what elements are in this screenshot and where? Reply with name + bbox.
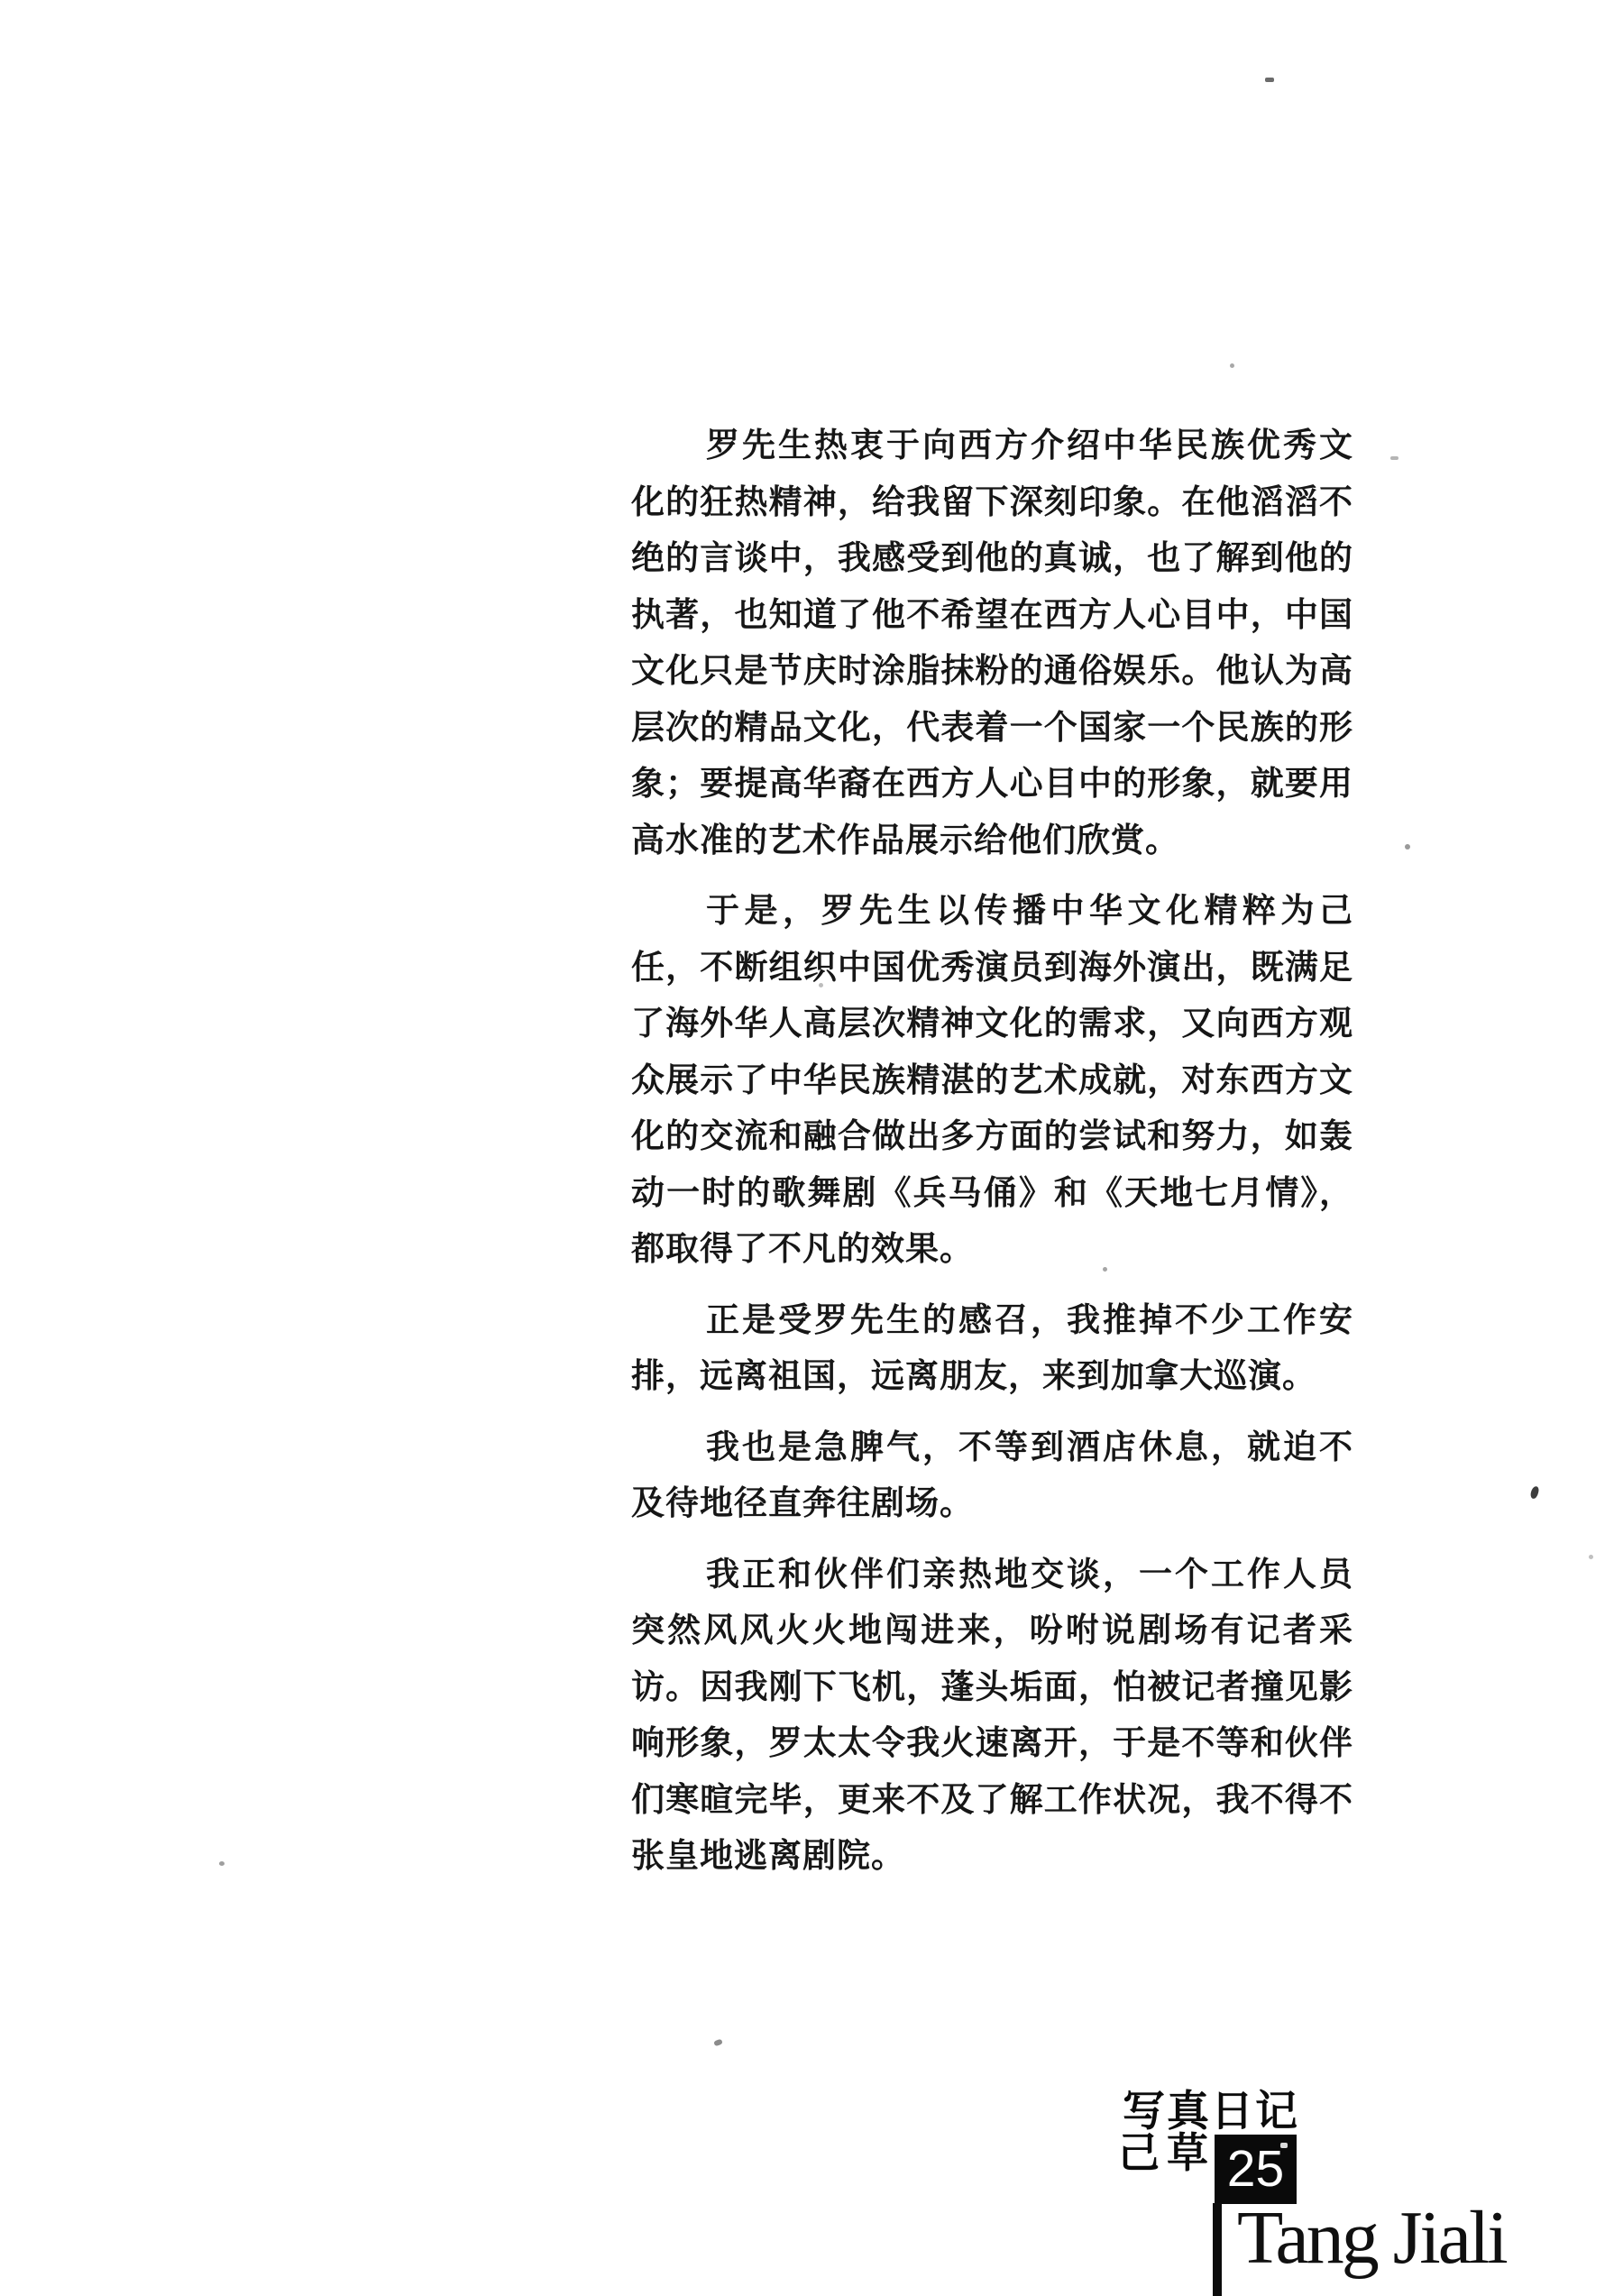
scan-speck [1230,363,1234,368]
page-number: 25 [1227,2139,1284,2199]
paragraph-2: 于是，罗先生以传播中华文化精粹为己任，不断组织中国优秀演员到海外演出，既满足了海… [631,883,1353,1278]
paragraph-5: 我正和伙伴们亲热地交谈，一个工作人员突然风风火火地闯进来，吩咐说剧场有记者采访。… [631,1547,1353,1885]
scan-speck [819,983,823,987]
scan-comma-mark [1530,1485,1540,1499]
series-logo-title: 写真日记 [1123,2089,1299,2134]
scan-speck [1103,1267,1107,1272]
author-name: Tang Jiali [1237,2200,1506,2276]
paragraph-3: 正是受罗先生的感召，我推掉不少工作安排，远离祖国，远离朋友，来到加拿大巡演。 [631,1292,1353,1405]
article-text: 罗先生热衷于向西方介绍中华民族优秀文化的狂热精神，给我留下深刻印象。在他滔滔不绝… [631,418,1353,1885]
paragraph-1: 罗先生热衷于向西方介绍中华民族优秀文化的狂热精神，给我留下深刻印象。在他滔滔不绝… [631,418,1353,868]
scan-speck [1265,78,1274,82]
vertical-rule [1213,2203,1222,2296]
scan-speck [1390,456,1398,460]
series-logo-stylized-text: 己草 [1118,2130,1215,2175]
paragraph-4: 我也是急脾气，不等到酒店休息，就迫不及待地径直奔往剧场。 [631,1419,1353,1532]
scanned-book-page: 罗先生热衷于向西方介绍中华民族优秀文化的狂热精神，给我留下深刻印象。在他滔滔不绝… [0,0,1623,2296]
badge-scan-notch [1280,2143,1288,2148]
scan-speck [713,2039,723,2047]
scan-speck [1589,1555,1593,1559]
page-number-badge: 25 [1215,2135,1297,2204]
scan-speck [1405,844,1410,850]
scan-speck [219,1861,225,1866]
